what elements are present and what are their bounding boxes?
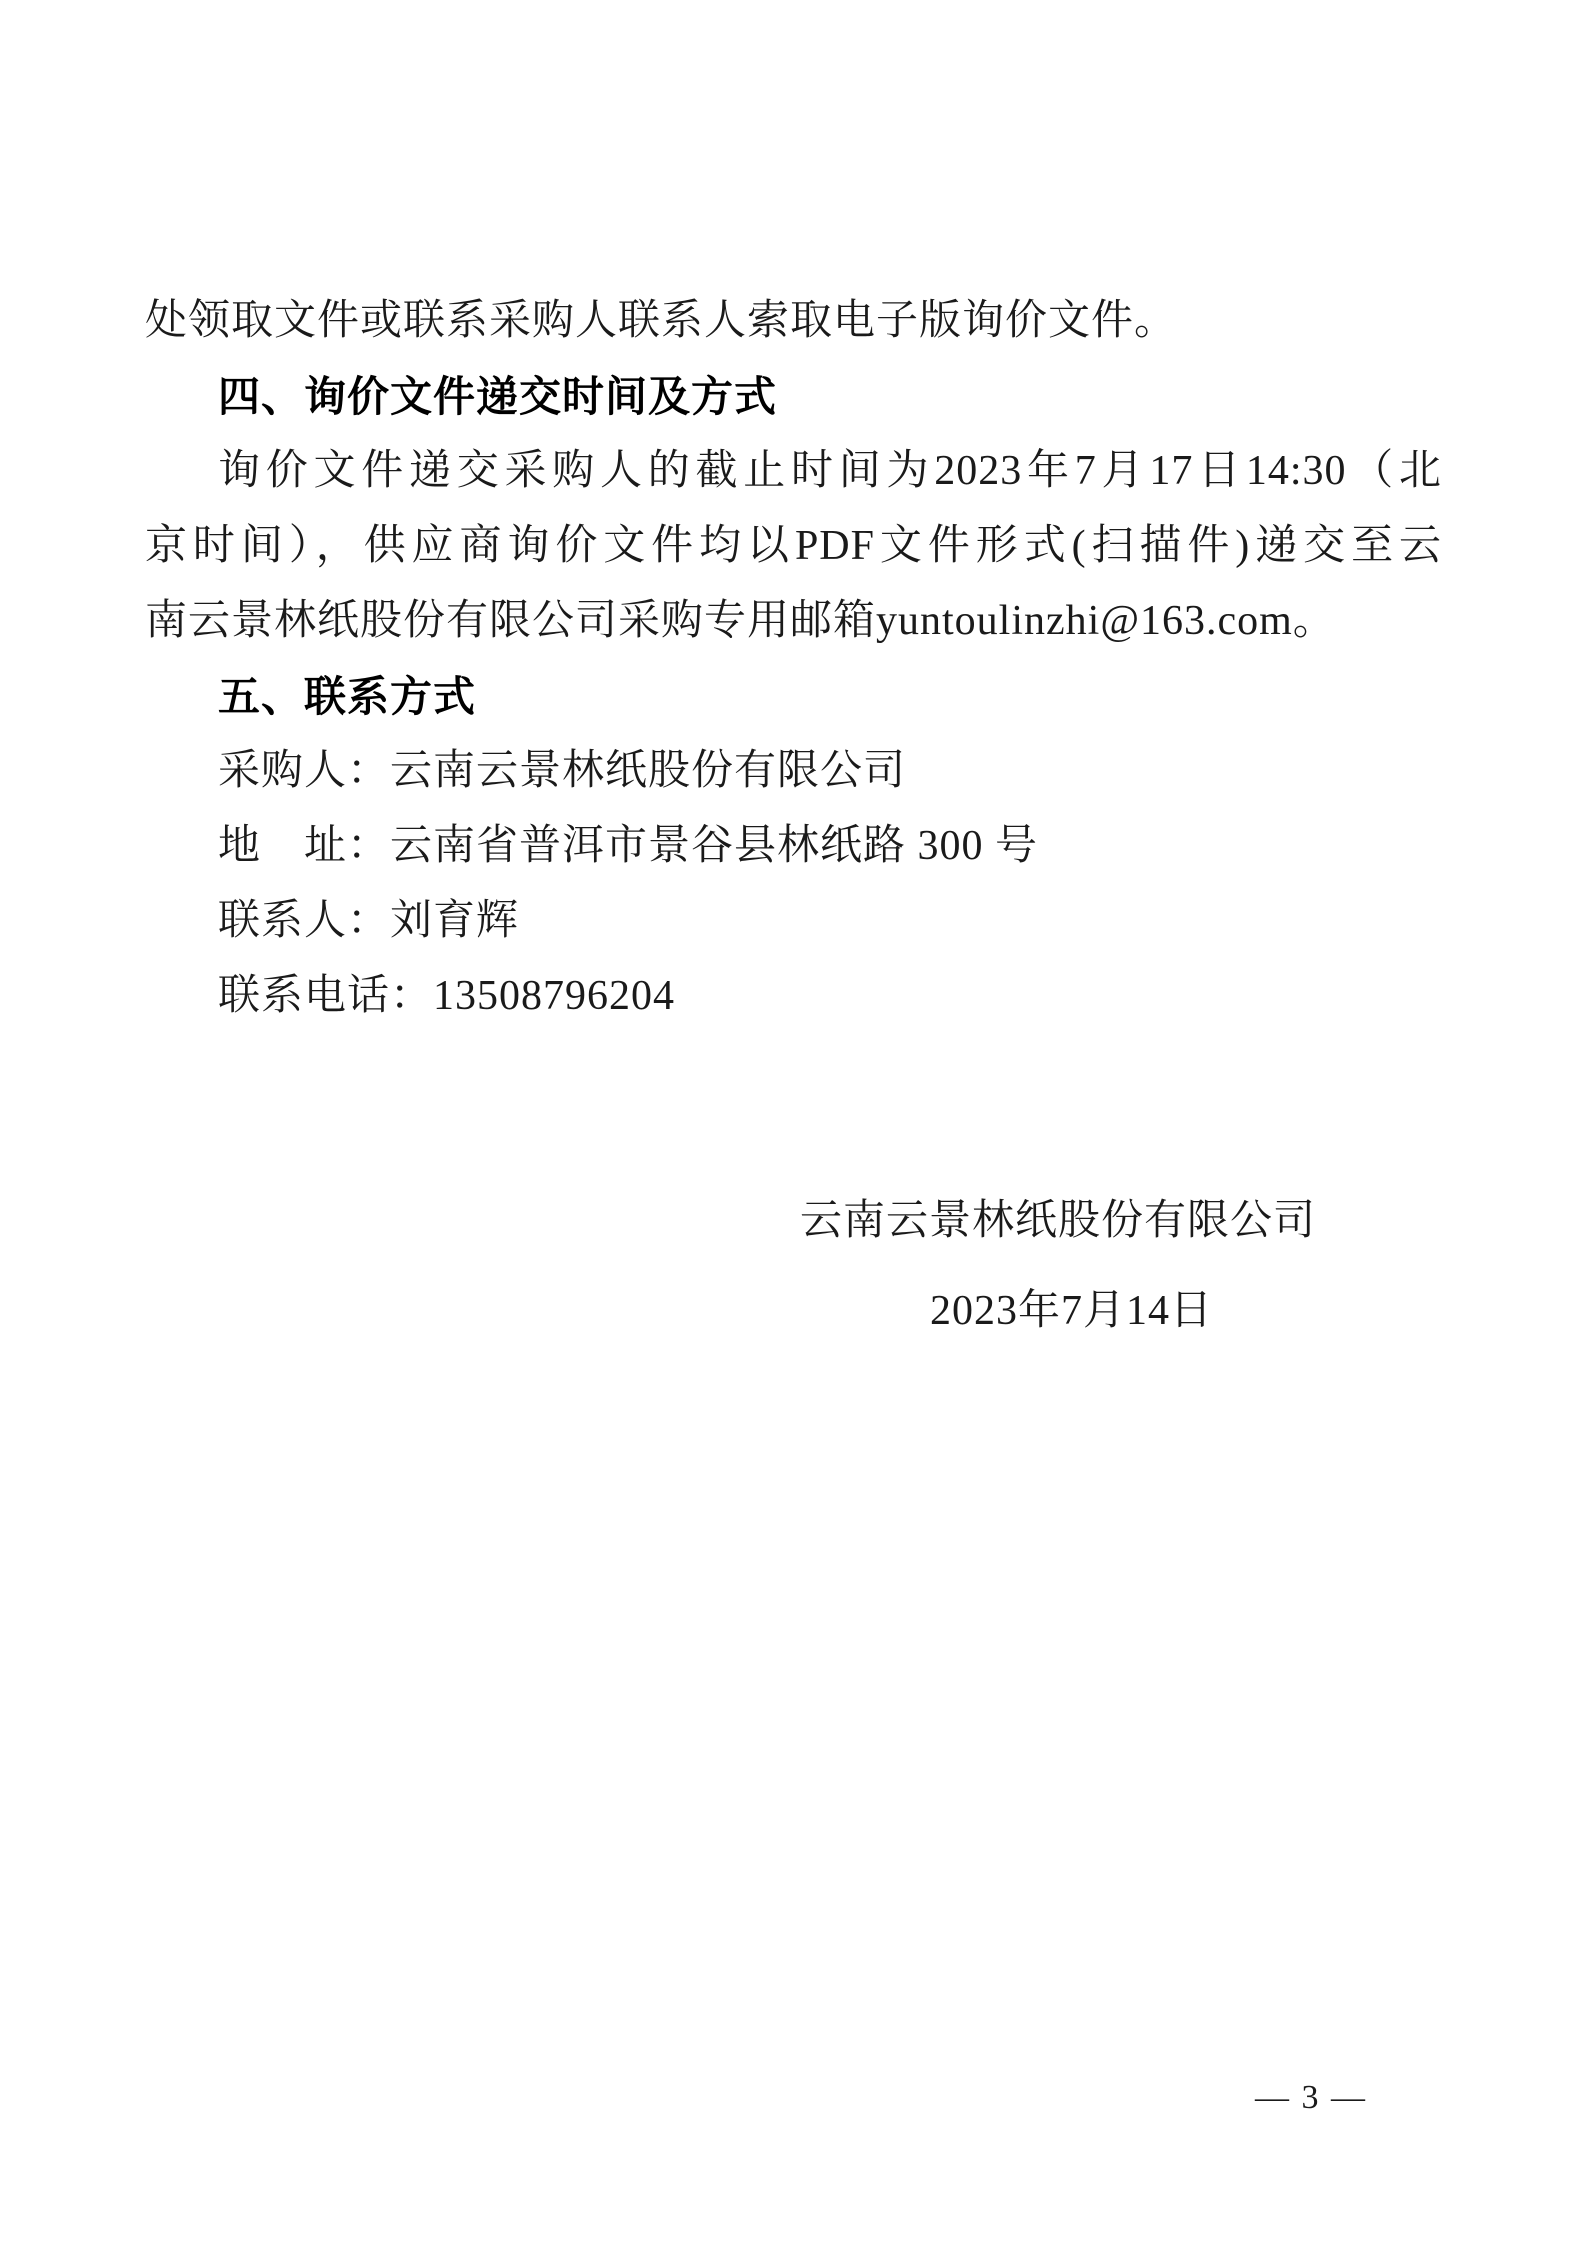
paragraph-continuation: 处领取文件或联系采购人联系人索取电子版询价文件。 [145, 284, 1442, 359]
document-page: 处领取文件或联系采购人联系人索取电子版询价文件。 四、询价文件递交时间及方式 询… [0, 0, 1587, 2245]
contact-buyer-line: 采购人：云南云景林纸股份有限公司 [145, 734, 1442, 809]
page-number: — 3 — [1255, 2078, 1367, 2118]
section5-heading: 五、联系方式 [145, 659, 1442, 734]
signature-date: 2023年7月14日 [930, 1274, 1442, 1349]
section4-paragraph-line-1: 询价文件递交采购人的截止时间为2023年7月17日14:30（北 [145, 434, 1442, 509]
contact-person-line: 联系人：刘育辉 [145, 884, 1442, 959]
signature-company: 云南云景林纸股份有限公司 [800, 1184, 1442, 1259]
signature-block: 云南云景林纸股份有限公司 2023年7月14日 [145, 1184, 1442, 1349]
contact-phone-line: 联系电话：13508796204 [145, 959, 1442, 1034]
section4-heading: 四、询价文件递交时间及方式 [145, 359, 1442, 434]
section4-paragraph-line-2: 京时间），供应商询价文件均以PDF文件形式(扫描件)递交至云 [145, 509, 1442, 584]
document-body: 处领取文件或联系采购人联系人索取电子版询价文件。 四、询价文件递交时间及方式 询… [145, 284, 1442, 1349]
contact-address-line: 地 址：云南省普洱市景谷县林纸路 300 号 [145, 809, 1442, 884]
section4-paragraph-line-3: 南云景林纸股份有限公司采购专用邮箱yuntoulinzhi@163.com。 [145, 584, 1442, 659]
